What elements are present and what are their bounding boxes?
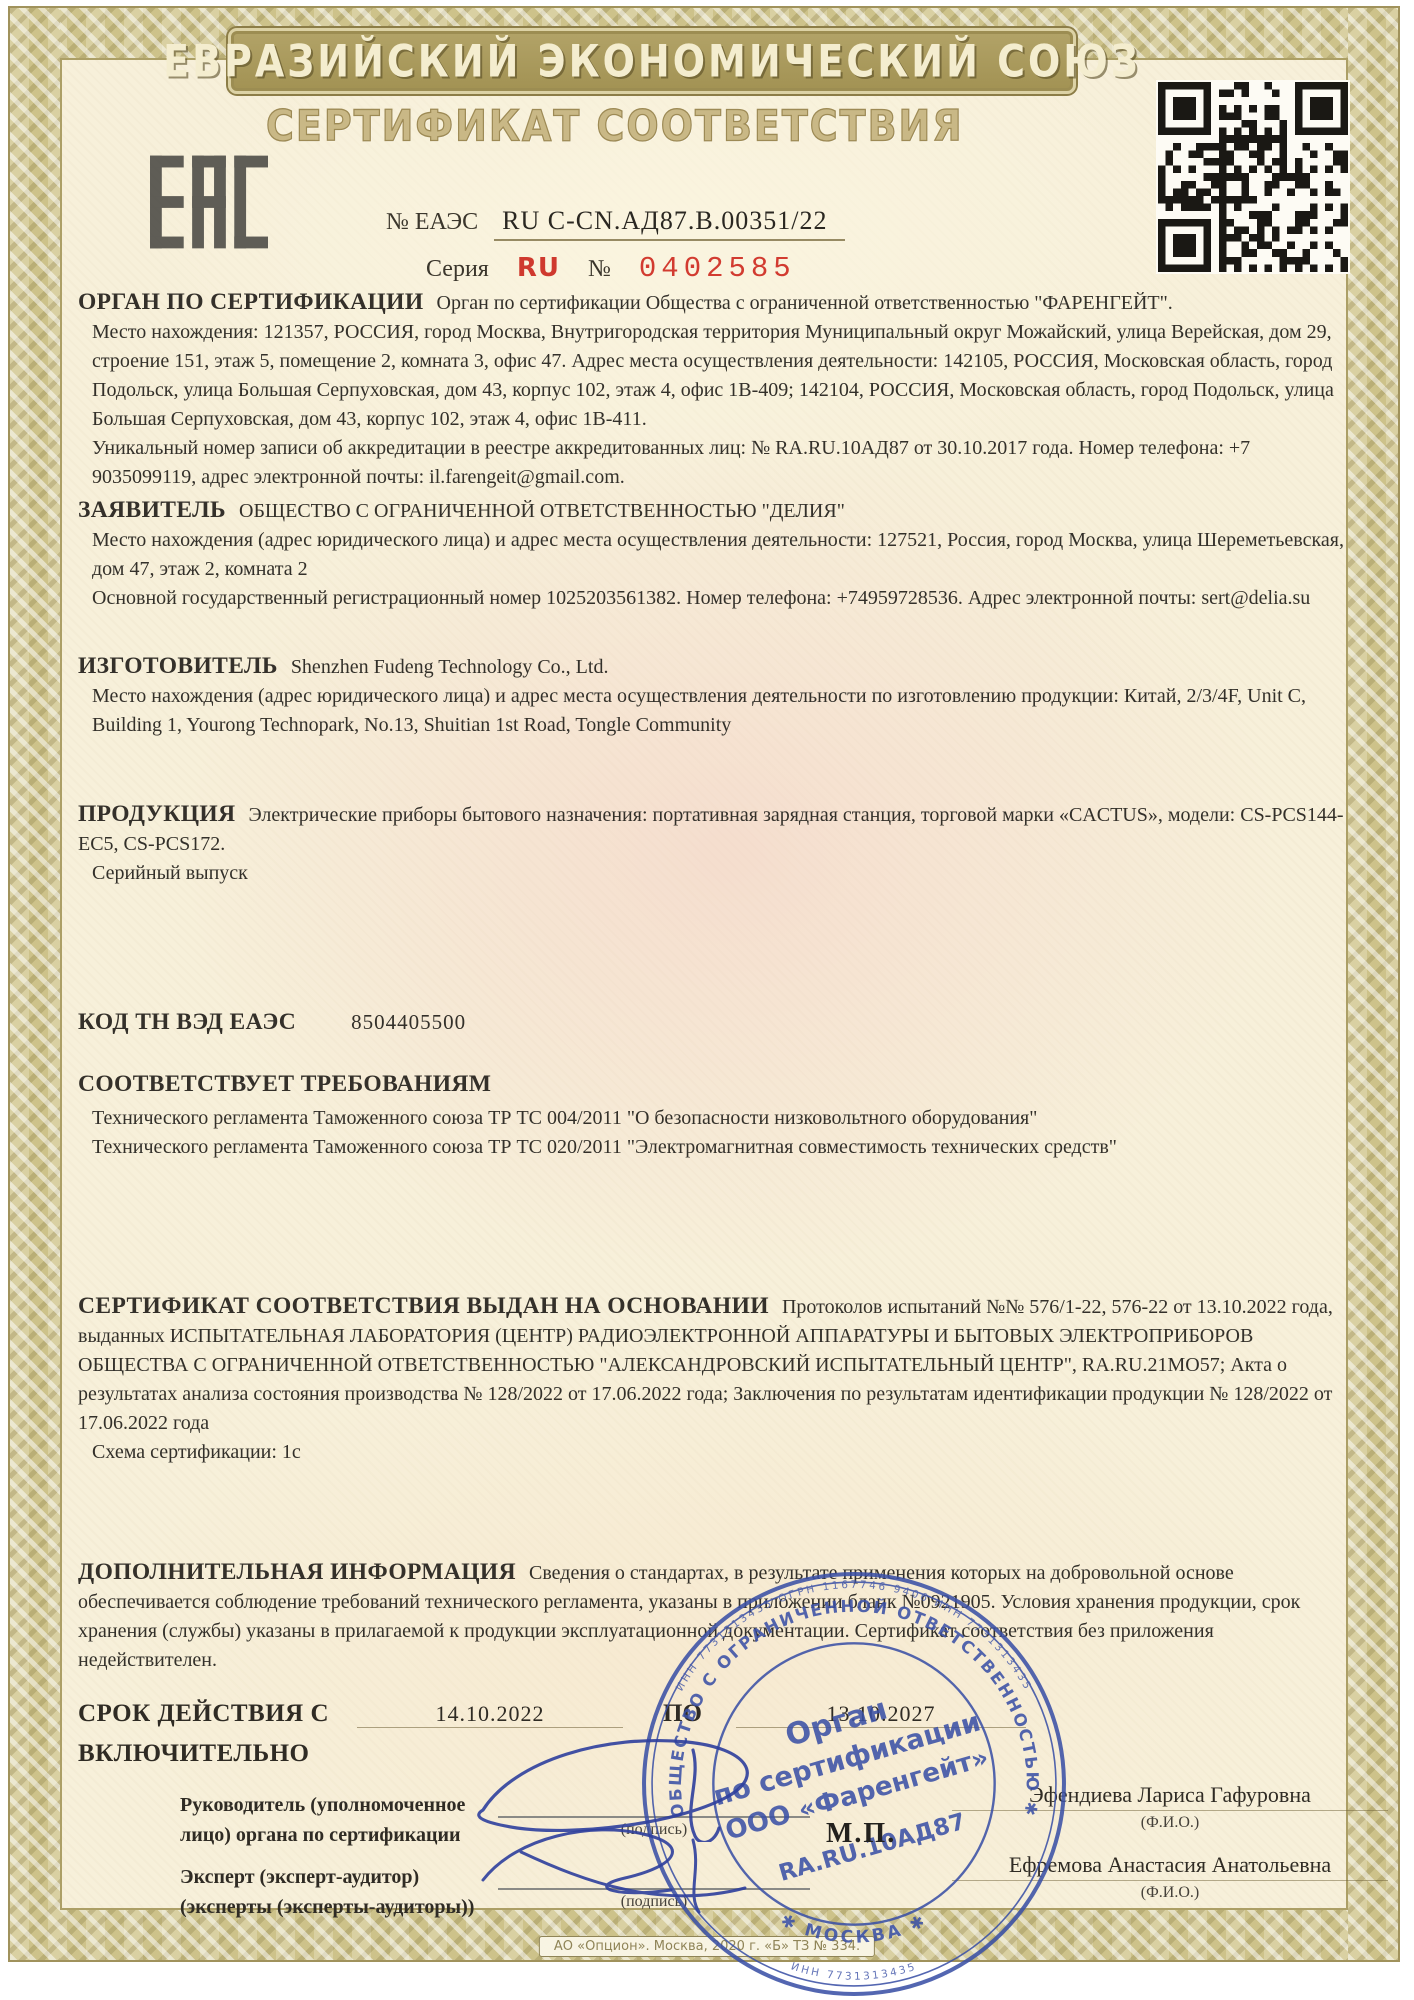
compliance-line1: Технического регламента Таможенного союз…	[78, 1104, 1346, 1133]
validity-from-label: СРОК ДЕЙСТВИЯ С	[78, 1700, 329, 1728]
stamp-ring-bottom-text: ✱ МОСКВА ✱	[777, 1911, 930, 1948]
serial-label: №	[588, 256, 611, 283]
compliance-line2: Технического регламента Таможенного союз…	[78, 1133, 1346, 1162]
basis-scheme: Схема сертификации: 1с	[78, 1438, 1346, 1467]
section-label: СЕРТИФИКАТ СООТВЕТСТВИЯ ВЫДАН НА ОСНОВАН…	[78, 1293, 769, 1319]
section-intro: Орган по сертификации Общества с огранич…	[437, 292, 1173, 314]
expert-role-label: Эксперт (эксперт-аудитор) (эксперты (экс…	[180, 1862, 474, 1922]
stamp-outer-ring-bottom-text: ИНН 7731313435	[790, 1960, 919, 1982]
union-title: ЕВРАЗИЙСКИЙ ЭКОНОМИЧЕСКИЙ СОЮЗ	[163, 35, 1141, 87]
number-label: № ЕАЭС	[386, 209, 478, 236]
series-line: Серия RU № 0402585	[426, 252, 796, 285]
section-label: ОРГАН ПО СЕРТИФИКАЦИИ	[78, 289, 424, 315]
section-intro: Электрические приборы бытового назначени…	[78, 804, 1344, 855]
stamp-place-label: М.П.	[826, 1818, 896, 1850]
section-compliance: СООТВЕТСТВУЕТ ТРЕБОВАНИЯМ Технического р…	[78, 1070, 1346, 1162]
border-left	[10, 8, 60, 1960]
expert-signature-ink	[465, 1818, 795, 1918]
section-body2: Основной государственный регистрационный…	[78, 584, 1346, 613]
svg-text:✱ МОСКВА ✱: ✱ МОСКВА ✱	[777, 1911, 930, 1948]
head-role-label: Руководитель (уполномоченное лицо) орган…	[180, 1790, 465, 1850]
section-basis: СЕРТИФИКАТ СООТВЕТСТВИЯ ВЫДАН НА ОСНОВАН…	[78, 1292, 1346, 1467]
section-body: Место нахождения (адрес юридического лиц…	[78, 682, 1346, 740]
tnved-value: 8504405500	[351, 1010, 466, 1034]
section-label: ЗАЯВИТЕЛЬ	[78, 497, 226, 523]
svg-text:ИНН 7731313435 ОГРН 11677: ИНН 7731313435 ОГРН 1167746 9406 ИНН 773…	[674, 1579, 1034, 1693]
section-body2: Уникальный номер записи об аккредитации …	[78, 434, 1346, 492]
section-applicant: ЗАЯВИТЕЛЬОБЩЕСТВО С ОГРАНИЧЕННОЙ ОТВЕТСТ…	[78, 496, 1346, 613]
section-body: Место нахождения (адрес юридического лиц…	[78, 526, 1346, 584]
number-value: RU С-CN.АД87.В.00351/22	[494, 206, 845, 241]
section-label: ДОПОЛНИТЕЛЬНАЯ ИНФОРМАЦИЯ	[78, 1559, 516, 1585]
eac-mark-icon	[150, 152, 268, 257]
section-label: КОД ТН ВЭД ЕАЭС	[78, 1009, 296, 1035]
section-intro: ОБЩЕСТВО С ОГРАНИЧЕННОЙ ОТВЕТСТВЕННОСТЬЮ…	[239, 500, 845, 522]
svg-text:ИНН 7731313435: ИНН 7731313435	[790, 1960, 919, 1982]
section-manufacturer: ИЗГОТОВИТЕЛЬShenzhen Fudeng Technology C…	[78, 652, 1346, 740]
section-body: Место нахождения: 121357, РОССИЯ, город …	[78, 318, 1346, 434]
border-right	[1348, 8, 1398, 1960]
doc-title: СЕРТИФИКАТ СООТВЕТСТВИЯ	[266, 101, 836, 150]
section-certification-body: ОРГАН ПО СЕРТИФИКАЦИИОрган по сертификац…	[78, 288, 1346, 492]
section-intro: Shenzhen Fudeng Technology Co., Ltd.	[291, 656, 609, 678]
certificate-page: ЕВРАЗИЙСКИЙ ЭКОНОМИЧЕСКИЙ СОЮЗ СЕРТИФИКА…	[0, 0, 1414, 2000]
section-product: ПРОДУКЦИЯЭлектрические приборы бытового …	[78, 800, 1346, 888]
section-label: СООТВЕТСТВУЕТ ТРЕБОВАНИЯМ	[78, 1071, 491, 1097]
section-label: ИЗГОТОВИТЕЛЬ	[78, 653, 278, 679]
section-tnved-code: КОД ТН ВЭД ЕАЭС8504405500	[78, 1008, 1346, 1038]
qr-code	[1156, 80, 1350, 274]
stamp-outer-ring-text: ИНН 7731313435 ОГРН 1167746 9406 ИНН 773…	[674, 1579, 1034, 1693]
union-banner: ЕВРАЗИЙСКИЙ ЭКОНОМИЧЕСКИЙ СОЮЗ	[228, 28, 1076, 94]
certificate-number-line: № ЕАЭС RU С-CN.АД87.В.00351/22	[386, 206, 845, 241]
series-label: Серия	[426, 256, 489, 283]
serial-number: 0402585	[639, 252, 796, 285]
section-body2: Серийный выпуск	[78, 859, 1346, 888]
validity-from-date: 14.10.2022	[357, 1701, 623, 1728]
series-value: RU	[517, 253, 560, 283]
section-label: ПРОДУКЦИЯ	[78, 801, 235, 827]
